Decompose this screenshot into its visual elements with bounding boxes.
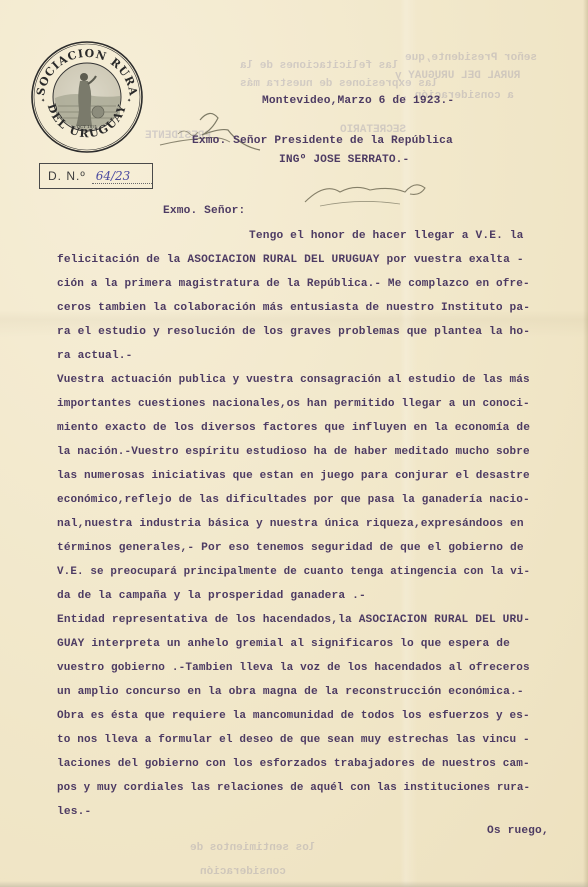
salutation: Exmo. Señor: bbox=[163, 205, 245, 217]
letter-page: señor Presidente,que RURAL DEL URUGUAY y… bbox=[0, 0, 588, 887]
body-line: nal,nuestra industria básica y nuestra ú… bbox=[57, 518, 524, 530]
body-line: to nos lleva a formular el deseo de que … bbox=[57, 734, 530, 746]
page-edge bbox=[583, 0, 588, 887]
closing-line: Os ruego, bbox=[487, 825, 549, 837]
date-line: Montevideo,Marzo 6 de 1923.- bbox=[262, 95, 454, 107]
bleed-through-text: los sentimientos de bbox=[190, 842, 315, 854]
body-line: importantes cuestiones nacionales,os han… bbox=[57, 398, 530, 410]
body-line: Entidad representativa de los hacendados… bbox=[57, 614, 530, 626]
body-line: económico,reflejo de las dificultades po… bbox=[57, 494, 530, 506]
body-line: GUAY interpreta un anhelo gremial al sig… bbox=[57, 638, 510, 650]
svg-text:✦: ✦ bbox=[127, 97, 132, 105]
handwritten-signature-icon bbox=[300, 172, 440, 212]
body-line: ra actual.- bbox=[57, 350, 133, 362]
body-line: Obra es ésta que requiere la mancomunida… bbox=[57, 710, 530, 722]
association-seal: ASOCIACION RURAL DEL URUGUAY OCT 1871 ✦ … bbox=[30, 40, 144, 154]
body-line: laciones del gobierno con los esforzados… bbox=[57, 758, 530, 770]
page-edge bbox=[0, 881, 588, 887]
handwritten-initials-icon bbox=[150, 100, 270, 160]
body-line: Tengo el honor de hacer llegar a V.E. la bbox=[249, 230, 524, 242]
body-line: V.E. se preocupará principalmente de cua… bbox=[57, 566, 530, 578]
body-line: un amplio concurso en la obra magna de l… bbox=[57, 686, 524, 698]
recipient-name: INGº JOSE SERRATO.- bbox=[279, 154, 409, 166]
file-number-label: D. N.º bbox=[48, 169, 86, 183]
file-number-value: 64/23 bbox=[92, 169, 152, 184]
body-line: Vuestra actuación publica y vuestra cons… bbox=[57, 374, 530, 386]
body-line: ceros tambien la colaboración más entusi… bbox=[57, 302, 530, 314]
bleed-through-text: señor Presidente,que bbox=[405, 52, 537, 64]
body-line: vuestro gobierno .-Tambien lleva la voz … bbox=[57, 662, 530, 674]
bleed-through-text: las expresiones de nuestra más bbox=[240, 78, 438, 90]
body-line: felicitación de la ASOCIACION RURAL DEL … bbox=[57, 254, 524, 266]
bleed-through-text: las felicitaciones de la bbox=[240, 60, 398, 72]
body-line: la nación.-Vuestro espíritu estudioso ha… bbox=[57, 446, 530, 458]
body-line: da de la campaña y la prosperidad ganade… bbox=[57, 590, 366, 602]
body-line: ción a la primera magistratura de la Rep… bbox=[57, 278, 530, 290]
recipient-title: Exmo. Señor Presidente de la República bbox=[192, 135, 453, 147]
body-line: pos y muy cordiales las relaciones de aq… bbox=[57, 782, 530, 794]
body-line: las numerosas iniciativas que estan en j… bbox=[57, 470, 530, 482]
body-line: ra el estudio y resolución de los graves… bbox=[57, 326, 530, 338]
body-line: términos generales,- Por eso tenemos seg… bbox=[57, 542, 524, 554]
seal-emblem-icon: ASOCIACION RURAL DEL URUGUAY OCT 1871 ✦ … bbox=[30, 40, 144, 154]
svg-text:✦: ✦ bbox=[41, 97, 46, 105]
body-line: miento exacto de los diversos factores q… bbox=[57, 422, 530, 434]
file-number-stamp: D. N.º 64/23 bbox=[39, 163, 153, 189]
body-line: les.- bbox=[57, 806, 91, 818]
bleed-through-text: consideración bbox=[200, 866, 286, 878]
svg-text:OCT 1871: OCT 1871 bbox=[77, 124, 97, 129]
